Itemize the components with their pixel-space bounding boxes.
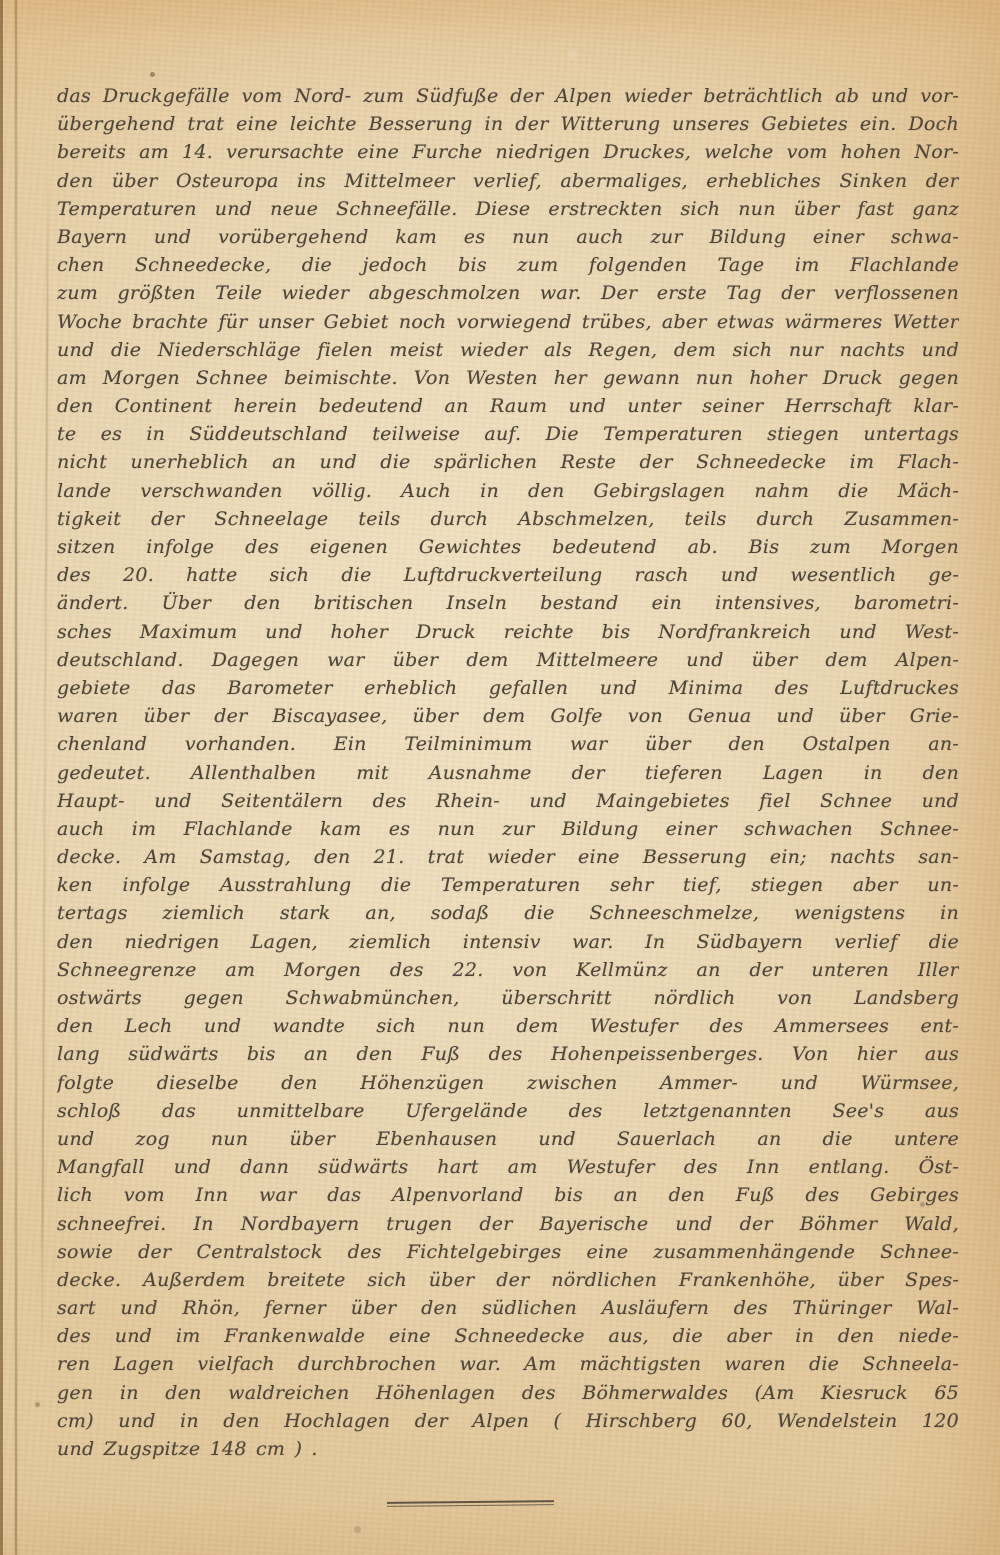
handwritten-line: auch im Flachlande kam es nun zur Bildun… bbox=[57, 815, 959, 843]
handwritten-line: den Lech und wandte sich nun dem Westufe… bbox=[57, 1012, 959, 1040]
handwritten-line: schloß das unmittelbare Ufergelände des … bbox=[57, 1097, 959, 1125]
handwritten-line: sches Maximum und hoher Druck reichte bi… bbox=[57, 618, 959, 646]
scanned-page: das Druckgefälle vom Nord- zum Südfuße d… bbox=[0, 0, 1000, 1555]
handwritten-line: Woche brachte für unser Gebiet noch vorw… bbox=[57, 308, 959, 336]
handwritten-line: gebiete das Barometer erheblich gefallen… bbox=[57, 674, 959, 702]
handwritten-line: lang südwärts bis an den Fuß des Hohenpe… bbox=[57, 1040, 959, 1068]
handwritten-line: zum größten Teile wieder abgeschmolzen w… bbox=[57, 279, 959, 307]
handwritten-line: sitzen infolge des eigenen Gewichtes bed… bbox=[57, 533, 959, 561]
handwritten-line: lich vom Inn war das Alpenvorland bis an… bbox=[57, 1181, 959, 1209]
handwritten-line: chenland vorhanden. Ein Teilminimum war … bbox=[57, 730, 959, 758]
handwritten-line: lande verschwanden völlig. Auch in den G… bbox=[57, 477, 959, 505]
handwritten-line: bereits am 14. verursachte eine Furche n… bbox=[57, 138, 959, 166]
handwritten-line: ostwärts gegen Schwabmünchen, überschrit… bbox=[57, 984, 959, 1012]
handwritten-line: des und im Frankenwalde eine Schneedecke… bbox=[57, 1322, 959, 1350]
handwritten-line: tertags ziemlich stark an, sodaß die Sch… bbox=[57, 899, 959, 927]
handwritten-line: das Druckgefälle vom Nord- zum Südfuße d… bbox=[57, 82, 959, 110]
handwritten-line: ändert. Über den britischen Inseln besta… bbox=[57, 589, 959, 617]
handwritten-line: Bayern und vorübergehend kam es nun auch… bbox=[57, 223, 959, 251]
handwritten-line: tigkeit der Schneelage teils durch Absch… bbox=[57, 505, 959, 533]
handwritten-line: cm) und in den Hochlagen der Alpen ( Hir… bbox=[57, 1407, 959, 1435]
handwritten-line: te es in Süddeutschland teilweise auf. D… bbox=[57, 420, 959, 448]
handwritten-line: und zog nun über Ebenhausen und Sauerlac… bbox=[57, 1125, 959, 1153]
handwritten-line: decke. Außerdem breitete sich über der n… bbox=[57, 1266, 959, 1294]
handwritten-text-block: das Druckgefälle vom Nord- zum Südfuße d… bbox=[57, 82, 959, 1463]
handwritten-line: Mangfall und dann südwärts hart am Westu… bbox=[57, 1153, 959, 1181]
binding-crease-line bbox=[15, 0, 17, 1555]
closing-double-rule bbox=[387, 1500, 554, 1507]
handwritten-line: am Morgen Schnee beimischte. Von Westen … bbox=[57, 364, 959, 392]
handwritten-line: decke. Am Samstag, den 21. trat wieder e… bbox=[57, 843, 959, 871]
handwritten-line: chen Schneedecke, die jedoch bis zum fol… bbox=[57, 251, 959, 279]
handwritten-line: den über Osteuropa ins Mittelmeer verlie… bbox=[57, 167, 959, 195]
handwritten-line: Temperaturen und neue Schneefälle. Diese… bbox=[57, 195, 959, 223]
handwritten-line: ken infolge Ausstrahlung die Temperature… bbox=[57, 871, 959, 899]
handwritten-line: gen in den waldreichen Höhenlagen des Bö… bbox=[57, 1379, 959, 1407]
handwritten-line: Haupt- und Seitentälern des Rhein- und M… bbox=[57, 787, 959, 815]
handwritten-line: sart und Rhön, ferner über den südlichen… bbox=[57, 1294, 959, 1322]
handwritten-line: waren über der Biscayasee, über dem Golf… bbox=[57, 702, 959, 730]
book-binding-edge bbox=[0, 0, 62, 1555]
handwritten-line: und die Niederschläge fielen meist wiede… bbox=[57, 336, 959, 364]
handwritten-line: gedeutet. Allenthalben mit Ausnahme der … bbox=[57, 759, 959, 787]
handwritten-line: nicht unerheblich an und die spärlichen … bbox=[57, 448, 959, 476]
handwritten-line: sowie der Centralstock des Fichtelgebirg… bbox=[57, 1238, 959, 1266]
handwritten-line: deutschland. Dagegen war über dem Mittel… bbox=[57, 646, 959, 674]
handwritten-line: übergehend trat eine leichte Besserung i… bbox=[57, 110, 959, 138]
handwritten-line: den niedrigen Lagen, ziemlich intensiv w… bbox=[57, 928, 959, 956]
page-left-edge-shadow bbox=[0, 0, 3, 1555]
handwritten-line: des 20. hatte sich die Luftdruckverteilu… bbox=[57, 561, 959, 589]
handwritten-line: den Continent herein bedeutend an Raum u… bbox=[57, 392, 959, 420]
handwritten-line: ren Lagen vielfach durchbrochen war. Am … bbox=[57, 1350, 959, 1378]
handwritten-line: schneefrei. In Nordbayern trugen der Bay… bbox=[57, 1210, 959, 1238]
handwritten-line: Schneegrenze am Morgen des 22. von Kellm… bbox=[57, 956, 959, 984]
handwritten-line: und Zugspitze 148 cm ) . bbox=[57, 1435, 959, 1463]
handwritten-line: folgte dieselbe den Höhenzügen zwischen … bbox=[57, 1069, 959, 1097]
